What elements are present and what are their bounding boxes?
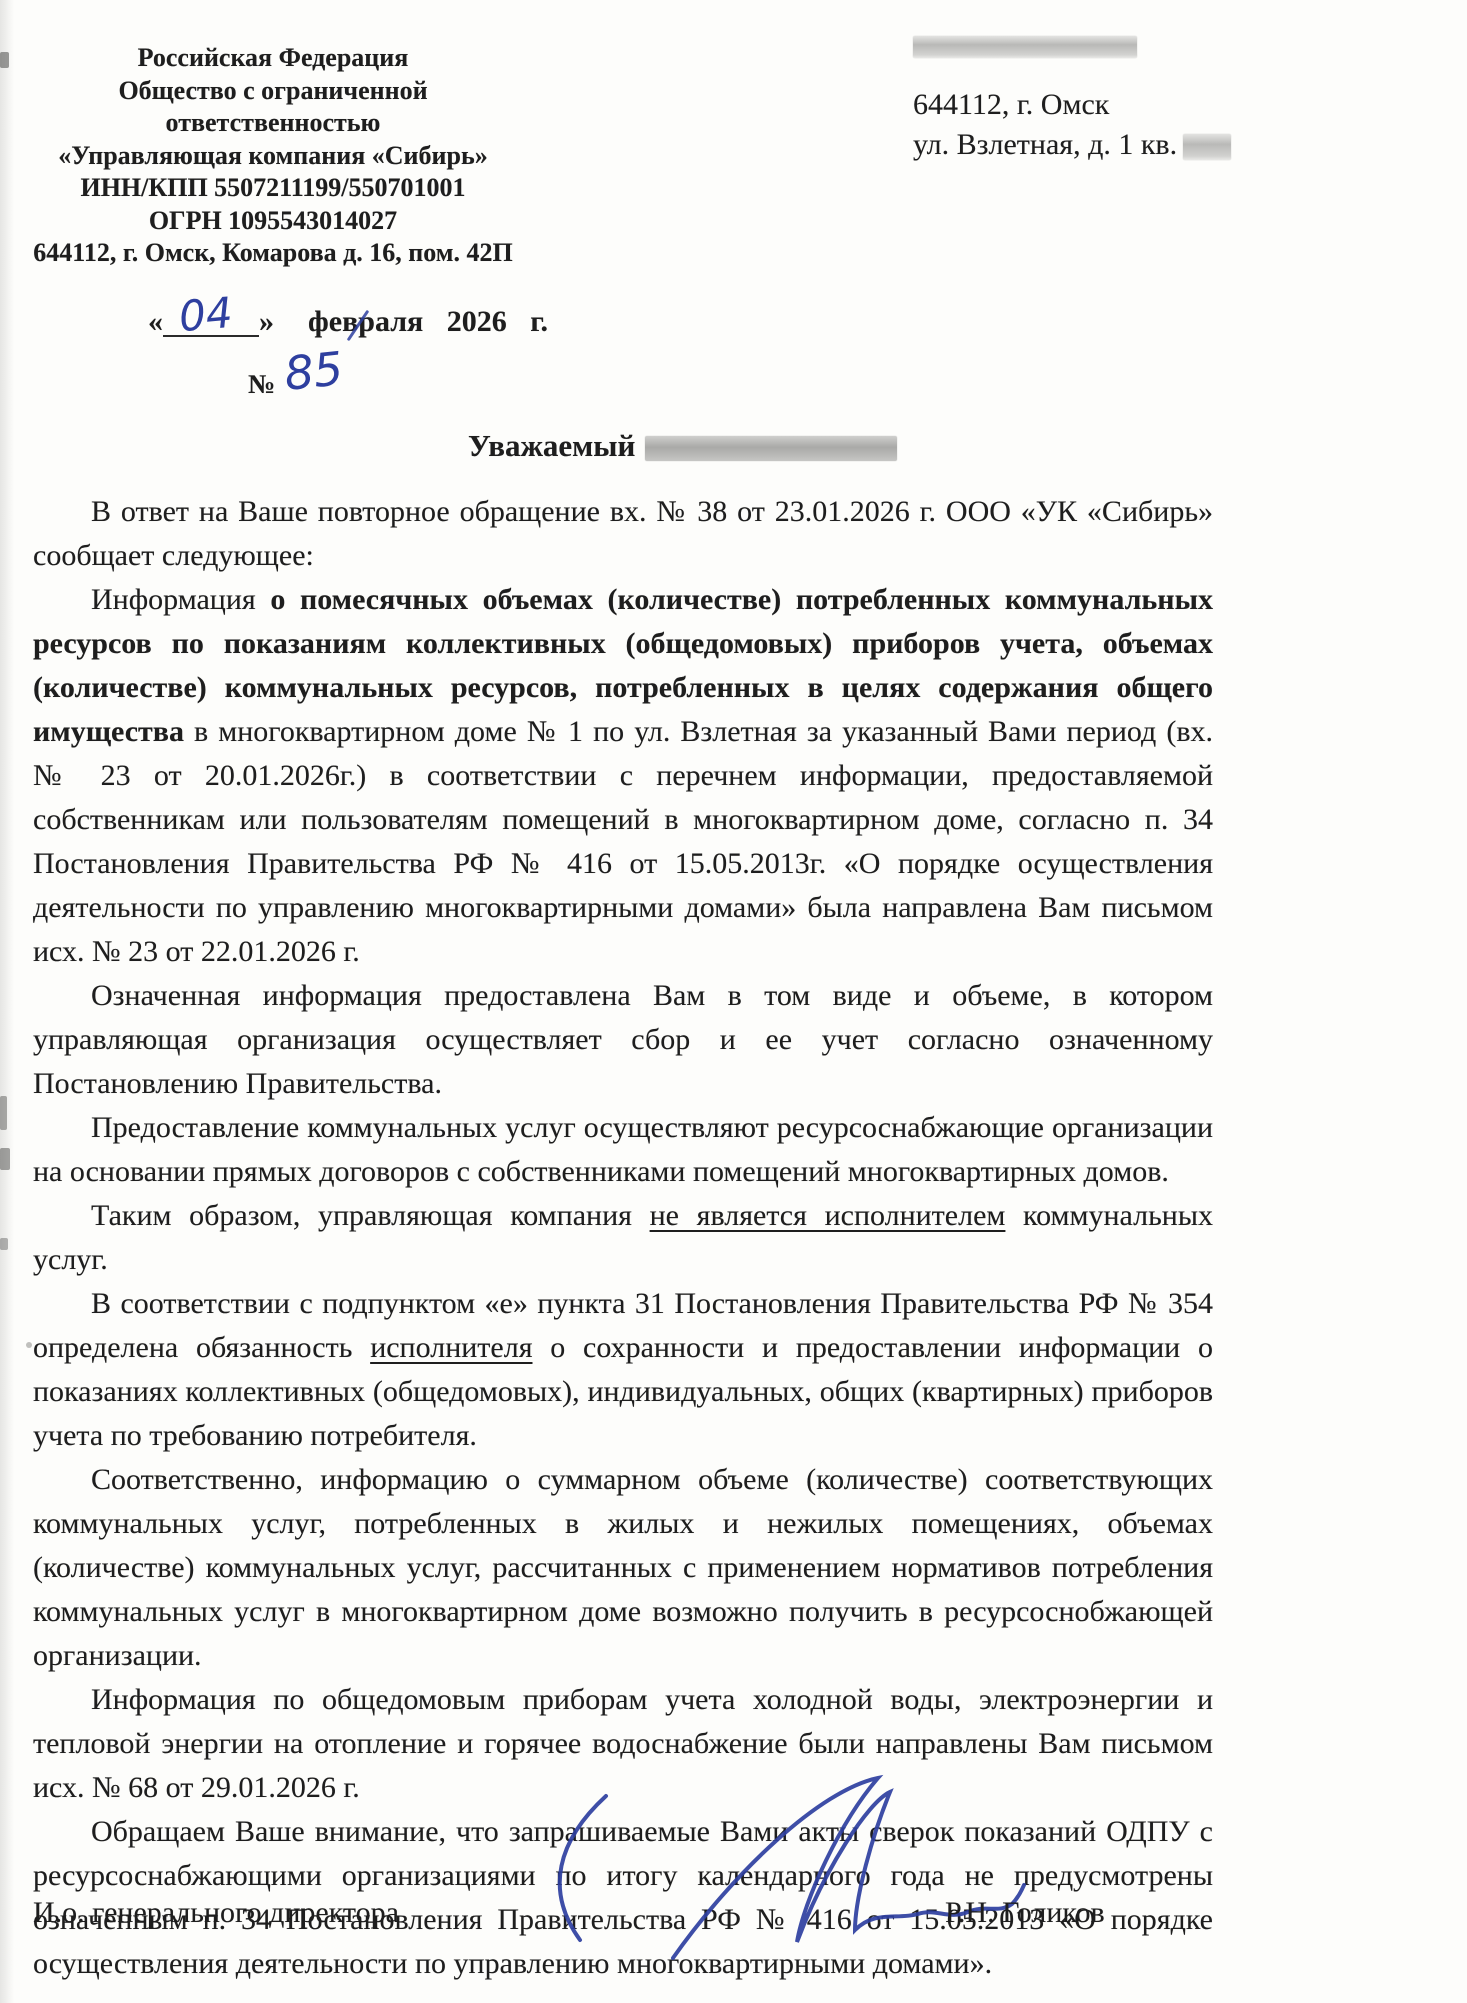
scan-artifact xyxy=(0,1096,7,1130)
sender-inn-kpp: ИНН/КПП 5507211199/550701001 xyxy=(26,172,520,205)
paragraph: Соответственно, информацию о суммарном о… xyxy=(33,1458,1213,1678)
scanned-letter-page: { "colors": { "ink": "#1e1e1e", "pen_blu… xyxy=(0,0,1467,2003)
signer-name: Р.Н. Голиков xyxy=(945,1896,1105,1930)
signature-stroke-paren xyxy=(560,1796,606,1940)
recipient-street: ул. Взлетная, д. 1 кв. xyxy=(913,128,1177,161)
handwritten-signature xyxy=(498,1768,1038,1973)
underlined-text: исполнителя xyxy=(370,1331,532,1364)
body-text: Означенная информация предоставлена Вам … xyxy=(33,979,1213,1100)
paragraph: В ответ на Ваше повторное обращение вх. … xyxy=(33,490,1213,578)
date-close-quote: » xyxy=(259,305,274,338)
scan-artifact xyxy=(0,52,9,68)
recipient-block: 644112, г. Омск ул. Взлетная, д. 1 кв. xyxy=(913,36,1231,162)
sender-address: 644112, г. Омск, Комарова д. 16, пом. 42… xyxy=(26,237,520,270)
outgoing-number-line: №85 xyxy=(248,350,344,404)
signature-stroke-main xyxy=(673,1778,1024,1958)
sender-letterhead: Российская Федерация Общество с ограниче… xyxy=(26,42,520,270)
body-text: Предоставление коммунальных услуг осущес… xyxy=(33,1111,1213,1188)
number-sign: № xyxy=(248,369,275,399)
body-text: Информация xyxy=(91,583,270,616)
handwritten-day: 04 xyxy=(177,288,235,341)
handwritten-number: 85 xyxy=(282,341,346,401)
body-text: В ответ на Ваше повторное обращение вх. … xyxy=(33,495,1213,572)
sender-org-form-line2: ответственностью xyxy=(26,107,520,140)
paragraph: Информация о помесячных объемах (количес… xyxy=(33,578,1213,974)
letter-body: В ответ на Ваше повторное обращение вх. … xyxy=(33,490,1213,1986)
sender-org-form-line1: Общество с ограниченной xyxy=(26,75,520,108)
sender-ogrn: ОГРН 1095543014027 xyxy=(26,205,520,238)
body-text: в многоквартирном доме № 1 по ул. Взлетн… xyxy=(33,715,1213,968)
redacted-apartment-number xyxy=(1183,134,1231,160)
scan-artifact xyxy=(0,1148,10,1170)
redacted-addressee-name xyxy=(645,436,897,461)
redacted-recipient-name xyxy=(913,36,1137,58)
body-text: Таким образом, управляющая компания xyxy=(91,1199,650,1232)
salutation-word: Уважаемый xyxy=(468,428,635,463)
date-line: «04»февраля 2026 г. xyxy=(148,303,548,339)
sender-country: Российская Федерация xyxy=(26,42,520,75)
recipient-city: 644112, г. Омск xyxy=(913,88,1231,122)
paragraph: Таким образом, управляющая компания не я… xyxy=(33,1194,1213,1282)
date-day-blank: 04 xyxy=(163,303,259,337)
body-text: Соответственно, информацию о суммарном о… xyxy=(33,1463,1213,1672)
recipient-street-line: ул. Взлетная, д. 1 кв. xyxy=(913,128,1231,162)
signer-position-title: И.о. генерального директора xyxy=(33,1896,399,1930)
salutation-line: Уважаемый xyxy=(468,428,897,464)
date-open-quote: « xyxy=(148,305,163,338)
scan-artifact xyxy=(0,1238,8,1250)
scan-edge-shade xyxy=(0,0,14,2003)
paragraph: Означенная информация предоставлена Вам … xyxy=(33,974,1213,1106)
paragraph: В соответствии с подпунктом «е» пункта 3… xyxy=(33,1282,1213,1458)
scan-artifact xyxy=(26,1342,32,1348)
paragraph: Предоставление коммунальных услуг осущес… xyxy=(33,1106,1213,1194)
underlined-text: не является исполнителем xyxy=(650,1199,1006,1232)
sender-company-name: «Управляющая компания «Сибирь» xyxy=(26,140,520,173)
date-month-year: февраля 2026 г. xyxy=(308,305,548,338)
